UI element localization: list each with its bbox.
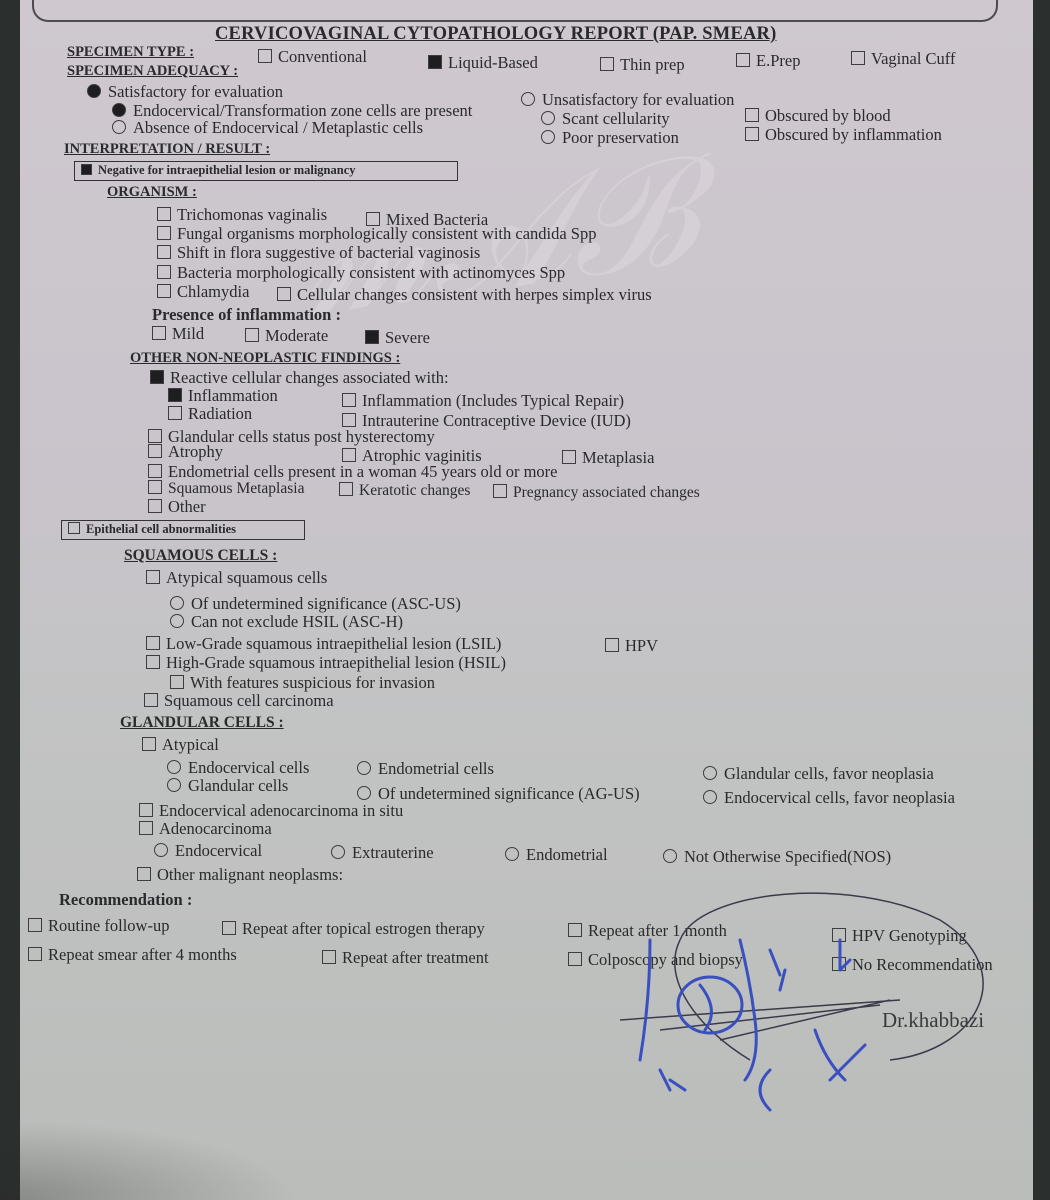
checkbox-icon[interactable] bbox=[68, 522, 80, 534]
checkbox-icon[interactable] bbox=[736, 53, 750, 67]
routine-followup-checkbox[interactable]: Routine follow-up bbox=[28, 916, 169, 936]
checkbox-icon[interactable] bbox=[146, 570, 160, 584]
specimen-adequacy-label: SPECIMEN ADEQUACY : bbox=[67, 63, 238, 80]
repeat-after-treatment-checkbox[interactable]: Repeat after treatment bbox=[322, 948, 489, 968]
specimen-thin-prep[interactable]: Thin prep bbox=[600, 55, 685, 75]
radio-icon[interactable] bbox=[505, 847, 519, 861]
radiation-checkbox[interactable]: Radiation bbox=[168, 404, 252, 424]
absence-endocervical-radio[interactable]: Absence of Endocervical / Metaplastic ce… bbox=[112, 118, 423, 138]
checkbox-icon[interactable] bbox=[28, 947, 42, 961]
checkbox-icon[interactable] bbox=[277, 287, 291, 301]
other-malignant-checkbox[interactable]: Other malignant neoplasms: bbox=[137, 865, 343, 885]
repeat-4-months-checkbox[interactable]: Repeat smear after 4 months bbox=[28, 945, 237, 965]
checkbox-icon[interactable] bbox=[745, 108, 759, 122]
checkbox-icon[interactable] bbox=[146, 655, 160, 669]
radio-icon[interactable] bbox=[170, 596, 184, 610]
checkbox-icon[interactable] bbox=[148, 464, 162, 478]
checkbox-icon[interactable] bbox=[148, 444, 162, 458]
radio-icon[interactable] bbox=[170, 614, 184, 628]
checkbox-icon[interactable] bbox=[144, 693, 158, 707]
invasion-checkbox[interactable]: With features suspicious for invasion bbox=[170, 673, 435, 693]
inflammation-moderate-checkbox[interactable]: Moderate bbox=[245, 326, 328, 346]
glandular-atypical-checkbox[interactable]: Atypical bbox=[142, 735, 219, 755]
shift-flora-checkbox[interactable]: Shift in flora suggestive of bacterial v… bbox=[157, 243, 480, 263]
asc-us-radio[interactable]: Of undetermined significance (ASC-US) bbox=[170, 594, 461, 614]
checkbox-icon[interactable] bbox=[339, 482, 353, 496]
radio-selected-icon[interactable] bbox=[112, 103, 126, 117]
glandular-cells-radio[interactable]: Glandular cells bbox=[167, 776, 288, 796]
atrophy-checkbox[interactable]: Atrophy bbox=[148, 442, 223, 462]
radio-icon[interactable] bbox=[541, 130, 555, 144]
scc-checkbox[interactable]: Squamous cell carcinoma bbox=[144, 691, 334, 711]
checkbox-icon[interactable] bbox=[568, 923, 582, 937]
checkbox-icon[interactable] bbox=[28, 918, 42, 932]
squamous-metaplasia-checkbox[interactable]: Squamous Metaplasia bbox=[148, 480, 304, 498]
adenocarcinoma-checkbox[interactable]: Adenocarcinoma bbox=[139, 819, 272, 839]
stamp-signature-icon bbox=[600, 880, 1030, 1120]
shadow bbox=[0, 1120, 300, 1200]
checkbox-icon[interactable] bbox=[851, 51, 865, 65]
specimen-conventional[interactable]: Conventional bbox=[258, 47, 367, 67]
trichomonas-checkbox[interactable]: Trichomonas vaginalis bbox=[157, 205, 327, 225]
checkbox-icon[interactable] bbox=[568, 952, 582, 966]
checkbox-checked-icon[interactable] bbox=[168, 388, 182, 402]
checkbox-checked-icon[interactable] bbox=[150, 370, 164, 384]
other-checkbox[interactable]: Other bbox=[148, 497, 206, 517]
satisfactory-radio[interactable]: Satisfactory for evaluation bbox=[87, 82, 283, 102]
inflammation-mild-checkbox[interactable]: Mild bbox=[152, 324, 204, 344]
adeno-endometrial-radio[interactable]: Endometrial bbox=[505, 845, 608, 865]
unsatisfactory-radio[interactable]: Unsatisfactory for evaluation bbox=[521, 90, 734, 110]
checkbox-icon[interactable] bbox=[157, 245, 171, 259]
checkbox-icon[interactable] bbox=[157, 284, 171, 298]
checkbox-icon[interactable] bbox=[322, 950, 336, 964]
checkbox-icon[interactable] bbox=[148, 480, 162, 494]
checkbox-icon[interactable] bbox=[493, 484, 507, 498]
checkbox-icon[interactable] bbox=[157, 265, 171, 279]
checkbox-checked-icon[interactable] bbox=[81, 164, 92, 175]
radio-selected-icon[interactable] bbox=[87, 84, 101, 98]
obscured-inflammation-checkbox[interactable]: Obscured by inflammation bbox=[745, 125, 942, 145]
radio-icon[interactable] bbox=[521, 92, 535, 106]
pregnancy-checkbox[interactable]: Pregnancy associated changes bbox=[493, 484, 700, 502]
checkbox-icon[interactable] bbox=[342, 448, 356, 462]
radio-icon[interactable] bbox=[154, 843, 168, 857]
radio-icon[interactable] bbox=[357, 786, 371, 800]
chlamydia-checkbox[interactable]: Chlamydia bbox=[157, 282, 249, 302]
fungal-checkbox[interactable]: Fungal organisms morphologically consist… bbox=[157, 224, 597, 244]
radio-icon[interactable] bbox=[663, 849, 677, 863]
metaplasia-checkbox[interactable]: Metaplasia bbox=[562, 448, 654, 468]
checkbox-checked-icon[interactable] bbox=[428, 55, 442, 69]
endocervical-favor-neoplasia-radio[interactable]: Endocervical cells, favor neoplasia bbox=[703, 788, 955, 808]
checkbox-icon[interactable] bbox=[342, 393, 356, 407]
specimen-type-label: SPECIMEN TYPE : bbox=[67, 44, 194, 61]
checkbox-icon[interactable] bbox=[157, 207, 171, 221]
atypical-squamous-checkbox[interactable]: Atypical squamous cells bbox=[146, 568, 327, 588]
inflammation-repair-checkbox[interactable]: Inflammation (Includes Typical Repair) bbox=[342, 391, 624, 411]
checkbox-icon[interactable] bbox=[139, 821, 153, 835]
checkbox-icon[interactable] bbox=[745, 127, 759, 141]
checkbox-icon[interactable] bbox=[142, 737, 156, 751]
checkbox-icon[interactable] bbox=[157, 226, 171, 240]
lsil-checkbox[interactable]: Low-Grade squamous intraepithelial lesio… bbox=[146, 634, 501, 654]
obscured-blood-checkbox[interactable]: Obscured by blood bbox=[745, 106, 891, 126]
specimen-liquid-based[interactable]: Liquid-Based bbox=[428, 53, 538, 73]
scant-cellularity-radio[interactable]: Scant cellularity bbox=[541, 109, 670, 129]
actinomyces-checkbox[interactable]: Bacteria morphologically consistent with… bbox=[157, 263, 565, 283]
specimen-vaginal-cuff[interactable]: Vaginal Cuff bbox=[851, 49, 955, 69]
radio-icon[interactable] bbox=[167, 778, 181, 792]
checkbox-icon[interactable] bbox=[139, 803, 153, 817]
checkbox-icon[interactable] bbox=[152, 326, 166, 340]
non-neoplastic-label: OTHER NON-NEOPLASTIC FINDINGS : bbox=[130, 350, 400, 367]
ais-checkbox[interactable]: Endocervical adenocarcinoma in situ bbox=[139, 801, 403, 821]
checkbox-icon[interactable] bbox=[170, 675, 184, 689]
recommendation-label: Recommendation : bbox=[59, 890, 192, 910]
radio-icon[interactable] bbox=[703, 766, 717, 780]
reactive-inflammation-checkbox[interactable]: Inflammation bbox=[168, 386, 278, 406]
checkbox-icon[interactable] bbox=[168, 406, 182, 420]
checkbox-icon[interactable] bbox=[146, 636, 160, 650]
report-title: CERVICOVAGINAL CYTOPATHOLOGY REPORT (PAP… bbox=[215, 24, 776, 45]
checkbox-icon[interactable] bbox=[222, 921, 236, 935]
radio-icon[interactable] bbox=[703, 790, 717, 804]
checkbox-icon[interactable] bbox=[148, 499, 162, 513]
epithelial-abnormalities-checkbox[interactable]: Epithelial cell abnormalities bbox=[61, 520, 305, 540]
checkbox-icon[interactable] bbox=[600, 57, 614, 71]
reactive-changes-checkbox[interactable]: Reactive cellular changes associated wit… bbox=[150, 368, 449, 388]
checkbox-icon[interactable] bbox=[562, 450, 576, 464]
organism-label: ORGANISM : bbox=[107, 184, 197, 201]
hpv-checkbox[interactable]: HPV bbox=[605, 636, 658, 656]
glandular-cells-label: GLANDULAR CELLS : bbox=[120, 714, 284, 732]
adeno-nos-radio[interactable]: Not Otherwise Specified(NOS) bbox=[663, 847, 891, 867]
inflammation-severe-checkbox[interactable]: Severe bbox=[365, 328, 430, 348]
asc-h-radio[interactable]: Can not exclude HSIL (ASC-H) bbox=[170, 612, 403, 632]
endometrial-45-checkbox[interactable]: Endometrial cells present in a woman 45 … bbox=[148, 462, 557, 482]
specimen-eprep[interactable]: E.Prep bbox=[736, 51, 800, 71]
adeno-extrauterine-radio[interactable]: Extrauterine bbox=[331, 843, 434, 863]
checkbox-icon[interactable] bbox=[148, 429, 162, 443]
herpes-checkbox[interactable]: Cellular changes consistent with herpes … bbox=[277, 285, 652, 305]
checkbox-icon[interactable] bbox=[342, 413, 356, 427]
checkbox-checked-icon[interactable] bbox=[365, 330, 379, 344]
inflammation-label: Presence of inflammation : bbox=[152, 305, 341, 325]
adeno-endocervical-radio[interactable]: Endocervical bbox=[154, 841, 262, 861]
checkbox-icon[interactable] bbox=[258, 49, 272, 63]
checkbox-icon[interactable] bbox=[245, 328, 259, 342]
topical-estrogen-checkbox[interactable]: Repeat after topical estrogen therapy bbox=[222, 919, 485, 939]
poor-preservation-radio[interactable]: Poor preservation bbox=[541, 128, 679, 148]
hsil-checkbox[interactable]: High-Grade squamous intraepithelial lesi… bbox=[146, 653, 506, 673]
negative-for-lesion-checkbox[interactable]: Negative for intraepithelial lesion or m… bbox=[74, 161, 458, 181]
radio-icon[interactable] bbox=[167, 760, 181, 774]
keratotic-checkbox[interactable]: Keratotic changes bbox=[339, 482, 470, 500]
radio-icon[interactable] bbox=[541, 111, 555, 125]
checkbox-icon[interactable] bbox=[137, 867, 151, 881]
squamous-cells-label: SQUAMOUS CELLS : bbox=[124, 547, 277, 565]
glandular-favor-neoplasia-radio[interactable]: Glandular cells, favor neoplasia bbox=[703, 764, 934, 784]
endocervical-cells-radio[interactable]: Endocervical cells bbox=[167, 758, 309, 778]
header-box-border bbox=[32, 0, 998, 22]
interpretation-label: INTERPRETATION / RESULT : bbox=[64, 141, 270, 158]
checkbox-icon[interactable] bbox=[605, 638, 619, 652]
radio-icon[interactable] bbox=[331, 845, 345, 859]
radio-icon[interactable] bbox=[357, 761, 371, 775]
endometrial-cells-radio[interactable]: Endometrial cells bbox=[357, 759, 494, 779]
radio-icon[interactable] bbox=[112, 120, 126, 134]
